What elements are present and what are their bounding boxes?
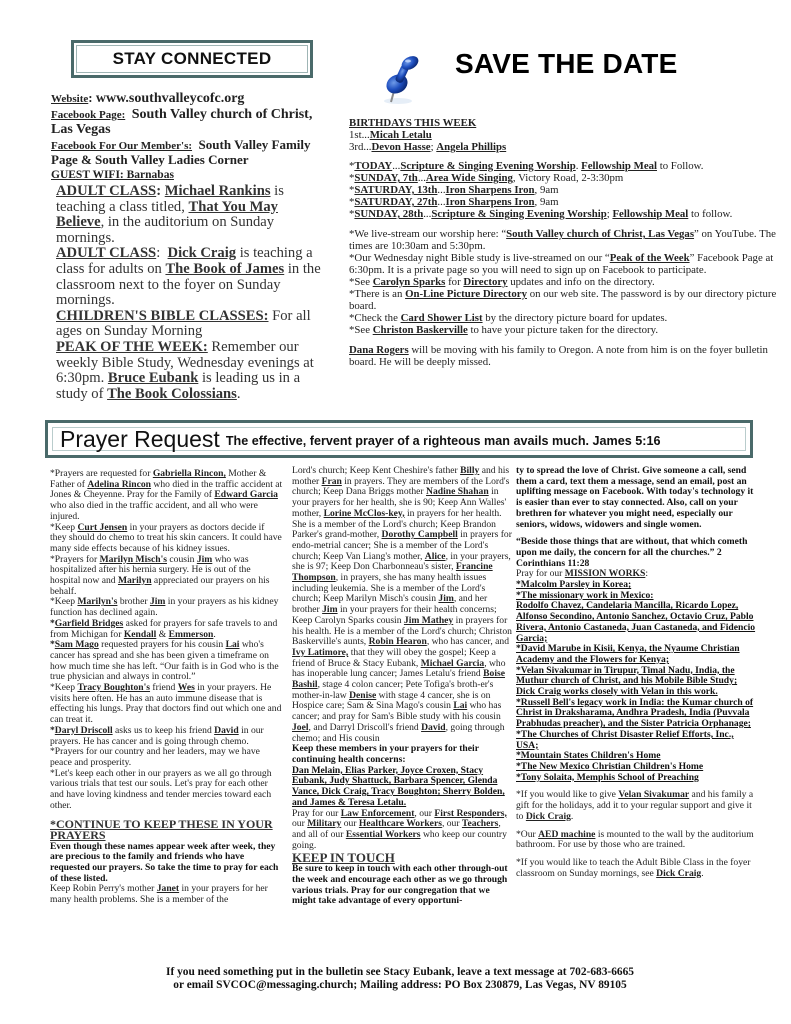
prayer-item: *Sam Mago requested prayers for his cous… [50, 640, 283, 683]
aed-note: *Our AED machine is mounted to the wall … [516, 830, 756, 851]
event-row: *SUNDAY, 7th...Area Wide Singing, Victor… [349, 172, 779, 184]
save-the-date-body: BIRTHDAYS THIS WEEK 1st...Micah Letalu 3… [349, 117, 779, 368]
footer-line-1: If you need something put in the bulleti… [100, 966, 700, 979]
adult-class-2: ADULT CLASS: Dick Craig is teaching a cl… [56, 246, 326, 308]
leader-name: Bruce Eubank [108, 370, 198, 386]
save-the-date-title: SAVE THE DATE [455, 48, 677, 80]
prayer-request-title: Prayer Request [60, 426, 220, 453]
prayer-item: *Keep Marilyn's brother Jim in your pray… [50, 597, 283, 618]
adult-class-1: ADULT CLASS: Michael Rankins is teaching… [56, 184, 326, 246]
event-row: *SUNDAY, 28th...Scripture & Singing Even… [349, 208, 779, 220]
livestream-note: *We live-stream our worship here: “South… [349, 228, 779, 252]
peak-of-the-week: PEAK OF THE WEEK: Remember our weekly Bi… [56, 340, 326, 402]
footer-line-2: or email SVCOC@messaging.church; Mailing… [100, 979, 700, 992]
prayer-item: *Keep Tracy Boughton's friend Wes in you… [50, 683, 283, 726]
birthday-row: 1st...Micah Letalu [349, 129, 779, 141]
peak-facebook-link[interactable]: Peak of the Week [610, 252, 690, 264]
photo-note: *See Christon Baskerville to have your p… [349, 324, 779, 336]
keep-in-touch-text: Be sure to keep in touch with each other… [292, 864, 512, 907]
directory-note: *See Carolyn Sparks for Directory update… [349, 276, 779, 288]
event-row: *SATURDAY, 13th...Iron Sharpens Iron, 9a… [349, 184, 779, 196]
prayer-item: *Garfield Bridges asked for prayers for … [50, 619, 283, 640]
birthday-row: 3rd...Devon Hasse; Angela Phillips [349, 141, 779, 153]
prayer-item: *Prayers for our country and her leaders… [50, 747, 283, 768]
prayer-item: *Prayers are requested for Gabriella Rin… [50, 469, 283, 523]
online-directory-link[interactable]: On-Line Picture Directory [405, 288, 527, 300]
prayer-column-2: Lord's church; Keep Kent Cheshire's fath… [292, 466, 512, 907]
prayer-item: *Keep Curt Jensen in your prayers as doc… [50, 523, 283, 555]
teach-note: *If you would like to teach the Adult Bi… [516, 858, 756, 879]
prayer-request-banner: Prayer Request The effective, fervent pr… [45, 420, 753, 458]
facebook-label: Facebook Page: [51, 109, 125, 121]
mission-item: *Tony Solaita, Memphis School of Preachi… [516, 773, 756, 784]
keep-in-touch-continued: ty to spread the love of Christ. Give so… [516, 466, 756, 530]
childrens-classes: CHILDREN'S BIBLE CLASSES: For all ages o… [56, 309, 326, 340]
pushpin-icon [378, 53, 428, 105]
study-title: The Book Colossians [107, 386, 237, 402]
mission-item: *David Marube in Kisii, Kenya, the Nyaum… [516, 644, 756, 665]
moving-note: Dana Rogers will be moving with his fami… [349, 344, 779, 368]
guest-wifi: GUEST WIFI: Barnabas [51, 169, 174, 181]
wednesday-note: *Our Wednesday night Bible study is live… [349, 252, 779, 276]
mission-item: *The Churches of Christ Disaster Relief … [516, 730, 756, 751]
online-directory-note: *There is an On-Line Picture Directory o… [349, 288, 779, 312]
continuing-prayers: Lord's church; Keep Kent Cheshire's fath… [292, 466, 512, 744]
members-header: Keep these members in your prayers for t… [292, 744, 512, 765]
prayer-item: *Let's keep each other in our prayers as… [50, 769, 283, 812]
card-shower-note: *Check the Card Shower List by the direc… [349, 312, 779, 324]
prayer-column-1: *Prayers are requested for Gabriella Rin… [50, 469, 283, 906]
continue-header: *CONTINUE TO KEEP THESE IN YOUR PRAYERS [50, 819, 283, 842]
event-row: *SATURDAY, 27th...Iron Sharpens Iron, 9a… [349, 196, 779, 208]
teacher-name: Dick Craig [168, 245, 237, 261]
prayer-item: *Prayers for Marilyn Misch's cousin Jim … [50, 555, 283, 598]
mission-item: *Russell Bell's legacy work in India: th… [516, 698, 756, 730]
contact-info: Website: www.southvalleycofc.org Faceboo… [51, 91, 316, 182]
website-link[interactable]: www.southvalleycofc.org [96, 91, 245, 106]
members-list: Dan Melain, Elias Parker, Joyce Croxen, … [292, 766, 512, 809]
website-label: Website [51, 93, 88, 105]
mission-item: Rodolfo Chavez, Candelaria Mancilla, Ric… [516, 601, 756, 644]
stay-connected-banner: STAY CONNECTED [71, 40, 313, 78]
event-row: *TODAY...Scripture & Singing Evening Wor… [349, 160, 779, 172]
prayer-item: *Daryl Driscoll asks us to keep his frie… [50, 726, 283, 747]
birthdays-header: BIRTHDAYS THIS WEEK [349, 117, 476, 129]
pray-for-workers: Pray for our Law Enforcement, our First … [292, 809, 512, 852]
prayer-request-verse: The effective, fervent prayer of a right… [226, 434, 661, 448]
stay-connected-title: STAY CONNECTED [113, 49, 272, 69]
prayer-column-3: ty to spread the love of Christ. Give so… [516, 466, 756, 879]
classes-section: ADULT CLASS: Michael Rankins is teaching… [56, 184, 326, 402]
class-title: The Book of James [165, 261, 284, 277]
scripture-quote: “Beside those things that are without, t… [516, 537, 756, 569]
teacher-name: Michael Rankins [165, 183, 271, 199]
youtube-link[interactable]: South Valley church of Christ, Las Vegas [506, 228, 694, 240]
mission-item: *Velan Sivakumar in Tirupur, Timal Nadu,… [516, 666, 756, 698]
members-label: Facebook For Our Member's: [51, 140, 192, 152]
gift-note: *If you would like to give Velan Sivakum… [516, 790, 756, 822]
prayer-item: Keep Robin Perry's mother Janet in your … [50, 884, 283, 905]
continue-intro: Even though these names appear week afte… [50, 842, 283, 885]
bulletin-footer: If you need something put in the bulleti… [100, 966, 700, 992]
